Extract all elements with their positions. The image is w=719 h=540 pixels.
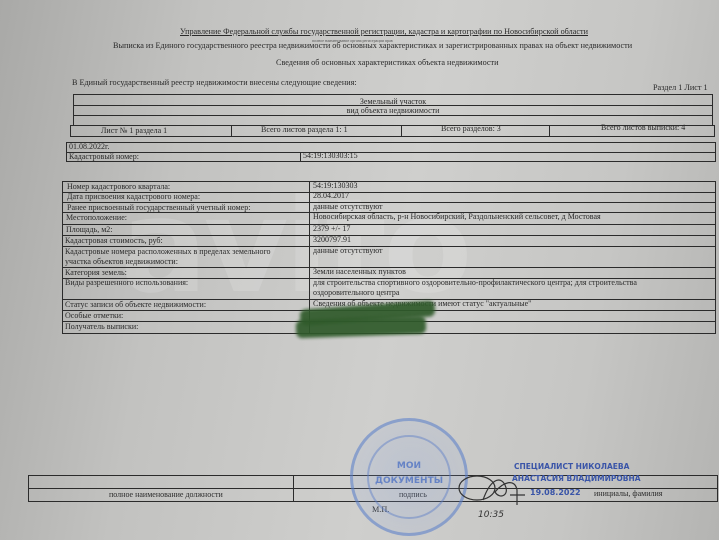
prop-label: Местоположение: (66, 213, 127, 223)
sheets-in-section: Всего листов раздела 1: 1 (261, 125, 348, 135)
prop-label: Дата присвоения кадастрового номера: (67, 192, 200, 202)
prop-value: 28.04.2017 (313, 191, 349, 201)
prop-label: участка объектов недвижимости: (65, 257, 178, 267)
prop-label: Особые отметки: (65, 311, 123, 321)
sheet-info-row: Лист № 1 раздела 1 Всего листов раздела … (70, 125, 715, 137)
prop-value: данные отсутствуют (313, 202, 383, 212)
prop-value: данные отсутствуют (313, 246, 383, 256)
sheets-total: Всего листов выписки: 4 (601, 123, 685, 133)
initials-caption: инициалы, фамилия (594, 489, 662, 499)
section-title: Сведения об основных характеристиках объ… (276, 58, 499, 67)
stamp-date: 19.08.2022 (530, 488, 581, 497)
cadastral-value: 3200797.91 (313, 235, 351, 245)
prop-label: Статус записи об объекте недвижимости: (65, 300, 206, 310)
location-value: Новосибирская область, р-н Новосибирский… (313, 212, 601, 222)
prop-value: 54:19:130303 (313, 181, 357, 191)
seal-text-bottom: ДОКУМЕНТЫ (353, 476, 465, 486)
prop-label: Площадь, м2: (66, 225, 112, 235)
intro-text: В Единый государственный реестр недвижим… (72, 78, 357, 87)
extract-date: 01.08.2022г. (69, 142, 109, 152)
official-seal: МОИ ДОКУМЕНТЫ (350, 418, 468, 536)
prop-label: Категория земель: (65, 268, 127, 278)
prop-label: Кадастровые номера расположенных в преде… (65, 247, 271, 257)
agency-name: Управление Федеральной службы государств… (180, 27, 588, 36)
position-caption: полное наименование должности (109, 490, 223, 500)
cadastral-number: 54:19:130303:15 (303, 151, 358, 161)
sections-total: Всего разделов: 3 (441, 124, 501, 134)
sheet-number: Лист № 1 раздела 1 (101, 126, 167, 136)
land-category: Земли населенных пунктов (313, 267, 406, 277)
area-value: 2379 +/- 17 (313, 224, 350, 234)
prop-label: Виды разрешенного использования: (65, 278, 188, 288)
permitted-use: для строительства спортивного оздоровите… (313, 278, 637, 288)
prop-label: Номер кадастрового квартала: (67, 182, 170, 192)
seal-text-top: МОИ (353, 461, 465, 471)
cadastral-box: 01.08.2022г. Кадастровый номер: 54:19:13… (66, 142, 716, 162)
object-type-box: Земельный участок вид объекта недвижимос… (73, 94, 713, 126)
handwritten-time: 10:35 (478, 510, 504, 520)
redaction-mark (296, 316, 427, 339)
permitted-use: оздоровительного центра (313, 288, 399, 298)
section-sheet-label: Раздел 1 Лист 1 (653, 83, 708, 92)
prop-label: Получатель выписки: (65, 322, 138, 332)
cadastral-label: Кадастровый номер: (69, 152, 139, 162)
prop-label: Кадастровая стоимость, руб: (65, 236, 163, 246)
document-title: Выписка из Единого государственного реес… (113, 41, 632, 50)
